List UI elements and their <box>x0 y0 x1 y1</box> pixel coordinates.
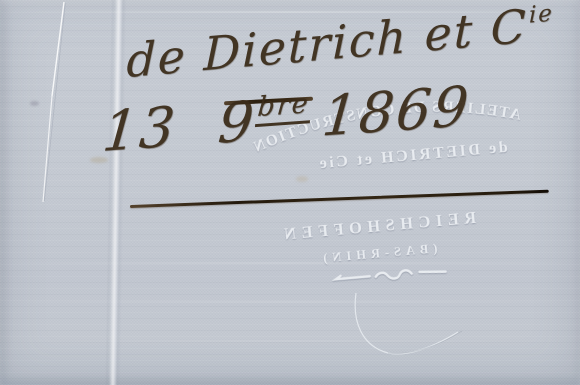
paper-blemish <box>30 101 39 106</box>
date-day: 13 <box>100 94 179 164</box>
ink-underline <box>130 190 549 209</box>
handwriting-company-line: de Dietrich et Cie <box>126 0 554 88</box>
horizontal-crease <box>0 340 580 342</box>
handwriting-company-superscript: ie <box>529 0 554 28</box>
vertical-fold-crease <box>106 0 126 385</box>
horizontal-crease <box>0 301 580 303</box>
paper-blemish <box>296 176 308 182</box>
stamp-flourish <box>336 267 446 284</box>
horizontal-crease <box>0 262 580 264</box>
date-month-number: 9 <box>216 89 259 156</box>
document-scan: ATELIERS DE CONSTRUCTION de DIETRICH et … <box>0 0 580 385</box>
handwriting-date-line: 139bre1869 <box>100 74 473 164</box>
scratch-mark <box>355 293 458 354</box>
stamp-department-text: (BAS-RHIN) <box>318 241 438 265</box>
date-month-superscript: bre <box>255 88 313 127</box>
date-year: 1869 <box>320 74 473 149</box>
stamp-town-text: REICHSHOFFEN <box>278 208 477 244</box>
